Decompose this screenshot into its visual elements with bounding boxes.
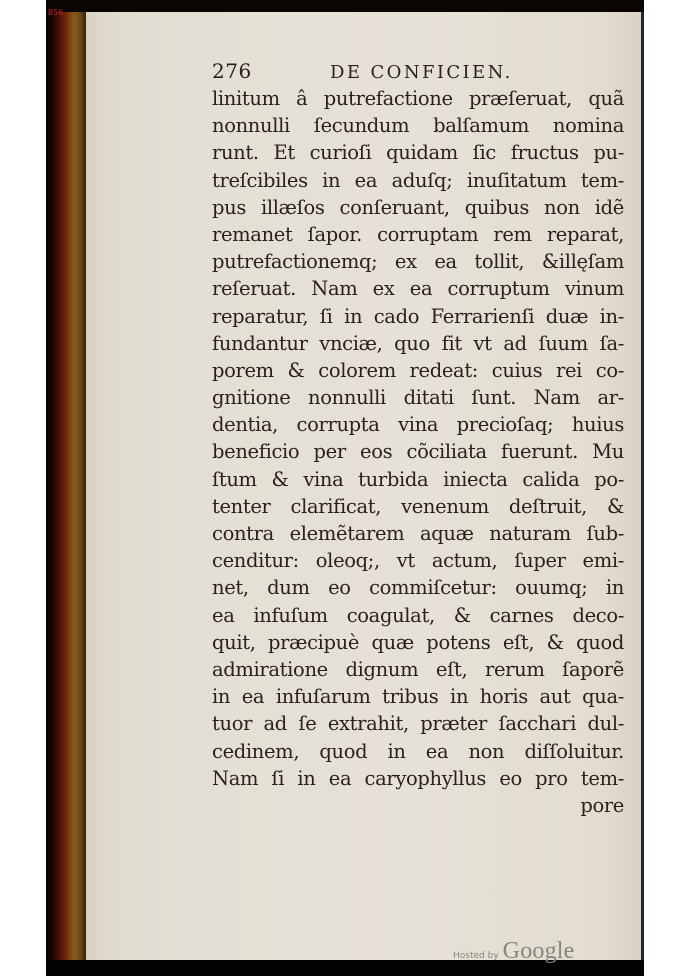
header-title: DE CONFICIEN.	[330, 59, 513, 86]
text-line: porem & colorem redeat: cuius rei co-	[212, 357, 624, 384]
hosted-by-label: Hosted by	[453, 951, 499, 961]
text-line: tenter clarificat, venenum deſtruit, &	[212, 493, 624, 520]
text-line: net, dum eo commiſcetur: ouumq; in	[212, 574, 624, 601]
text-line: cedinem, quod in ea non diſſoluitur.	[212, 738, 624, 765]
hosted-by-google-watermark: Hosted by Google	[453, 938, 575, 965]
text-line: gnitione nonnulli ditati ſunt. Nam ar-	[212, 384, 624, 411]
text-line: ſtum & vina turbida iniecta calida po-	[212, 466, 624, 493]
text-line: admiratione dignum eſt, rerum ſaporẽ	[212, 656, 624, 683]
text-line: runt. Et curioſi quidam ſic fructus pu-	[212, 139, 624, 166]
text-line: beneficio per eos cõciliata fuerunt. Mu	[212, 438, 624, 465]
text-line: quit, præcipuè quæ potens eſt, & quod	[212, 629, 624, 656]
text-line: in ea infuſarum tribus in horis aut qua-	[212, 683, 624, 710]
text-line: tuor ad ſe extrahit, præter ſacchari dul…	[212, 710, 624, 737]
text-line: reparatur, ſi in cado Ferrarienſi duæ in…	[212, 303, 624, 330]
catchword: pore	[212, 792, 624, 819]
text-line: pus illæſos conſeruant, quibus non idẽ	[212, 194, 624, 221]
text-line: contra elemẽtarem aquæ naturam ſub-	[212, 520, 624, 547]
text-line: ea infuſum coagulat, & carnes deco-	[212, 602, 624, 629]
text-line: nonnulli ſecundum balſamum nomina	[212, 112, 624, 139]
google-logo: Google	[503, 938, 575, 965]
page-text-block: 276 DE CONFICIEN. linitum â putrefaction…	[212, 58, 624, 819]
text-line: Nam ſi in ea caryophyllus eo pro tem-	[212, 765, 624, 792]
text-line: reſeruat. Nam ex ea corruptum vinum	[212, 275, 624, 302]
book-spine	[46, 12, 86, 960]
text-line: cenditur: oleoq;, vt actum, ſuper emi-	[212, 547, 624, 574]
text-line: linitum â putrefactione præſeruat, quã	[212, 85, 624, 112]
page-number: 276	[212, 58, 330, 85]
text-line: remanet ſapor. corruptam rem reparat,	[212, 221, 624, 248]
text-line: fundantur vnciæ, quo fit vt ad ſuum ſa-	[212, 330, 624, 357]
text-line: treſcibiles in ea aduſq; inuſitatum tem-	[212, 167, 624, 194]
page-edge	[641, 12, 644, 960]
text-line: putrefactionemq; ex ea tollit, &illęſam	[212, 248, 624, 275]
running-head: 276 DE CONFICIEN.	[212, 58, 624, 85]
text-line: dentia, corrupta vina precioſaq; huius	[212, 411, 624, 438]
page-id-label: B56	[48, 8, 64, 17]
